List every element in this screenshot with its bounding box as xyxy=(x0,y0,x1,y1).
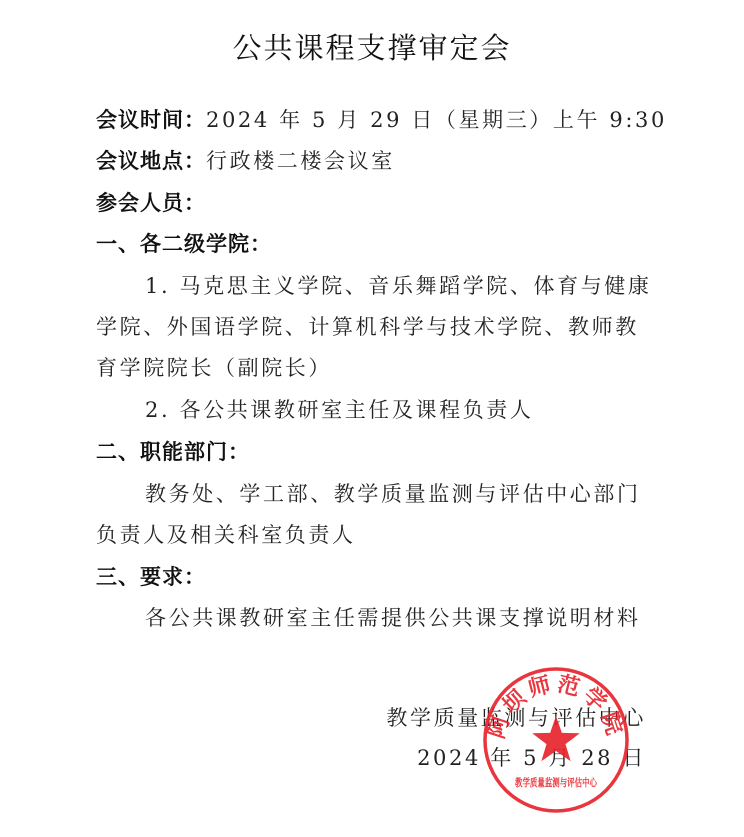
section-heading-text: 二、职能部门： xyxy=(96,440,250,464)
attendees-row: 参会人员： xyxy=(96,187,656,219)
section-heading-requirements: 三、要求： xyxy=(96,561,656,593)
college-item-2-line-1: 2. 各公共课教研室主任及课程负责人 xyxy=(145,394,705,426)
document-title: 公共课程支撑审定会 xyxy=(0,28,744,68)
meeting-place-label: 会议地点： xyxy=(96,149,206,173)
section-heading-text: 一、各二级学院： xyxy=(96,232,272,256)
college-item-1-line-1: 1. 马克思主义学院、音乐舞蹈学院、体育与健康 xyxy=(145,270,705,302)
section-heading-text: 三、要求： xyxy=(96,565,206,589)
meeting-place-value: 行政楼二楼会议室 xyxy=(206,149,395,173)
signature-organization: 教学质量监测与评估中心 xyxy=(386,702,646,734)
official-seal-stamp: 阿坝师范学院 教学质量监测与评估中心 xyxy=(482,666,630,814)
college-item-1-line-3: 育学院院长（副院长） xyxy=(96,352,656,384)
stamp-inner-text: 教学质量监测与评估中心 xyxy=(514,776,597,789)
signature-date: 2024 年 5 月 28 日 xyxy=(417,742,646,774)
departments-line-2: 负责人及相关科室负责人 xyxy=(96,519,656,551)
section-heading-departments: 二、职能部门： xyxy=(96,436,656,468)
section-heading-colleges: 一、各二级学院： xyxy=(96,228,656,260)
meeting-time-label: 会议时间： xyxy=(96,108,206,132)
meeting-place-row: 会议地点：行政楼二楼会议室 xyxy=(96,145,656,177)
departments-line-1: 教务处、学工部、教学质量监测与评估中心部门 xyxy=(145,478,705,510)
attendees-label: 参会人员： xyxy=(96,191,206,215)
meeting-time-value: 2024 年 5 月 29 日（星期三）上午 9:30 xyxy=(206,108,667,132)
requirements-line-1: 各公共课教研室主任需提供公共课支撑说明材料 xyxy=(145,602,705,634)
college-item-1-line-2: 学院、外国语学院、计算机科学与技术学院、教师教 xyxy=(96,311,656,343)
meeting-time-row: 会议时间：2024 年 5 月 29 日（星期三）上午 9:30 xyxy=(96,104,656,136)
